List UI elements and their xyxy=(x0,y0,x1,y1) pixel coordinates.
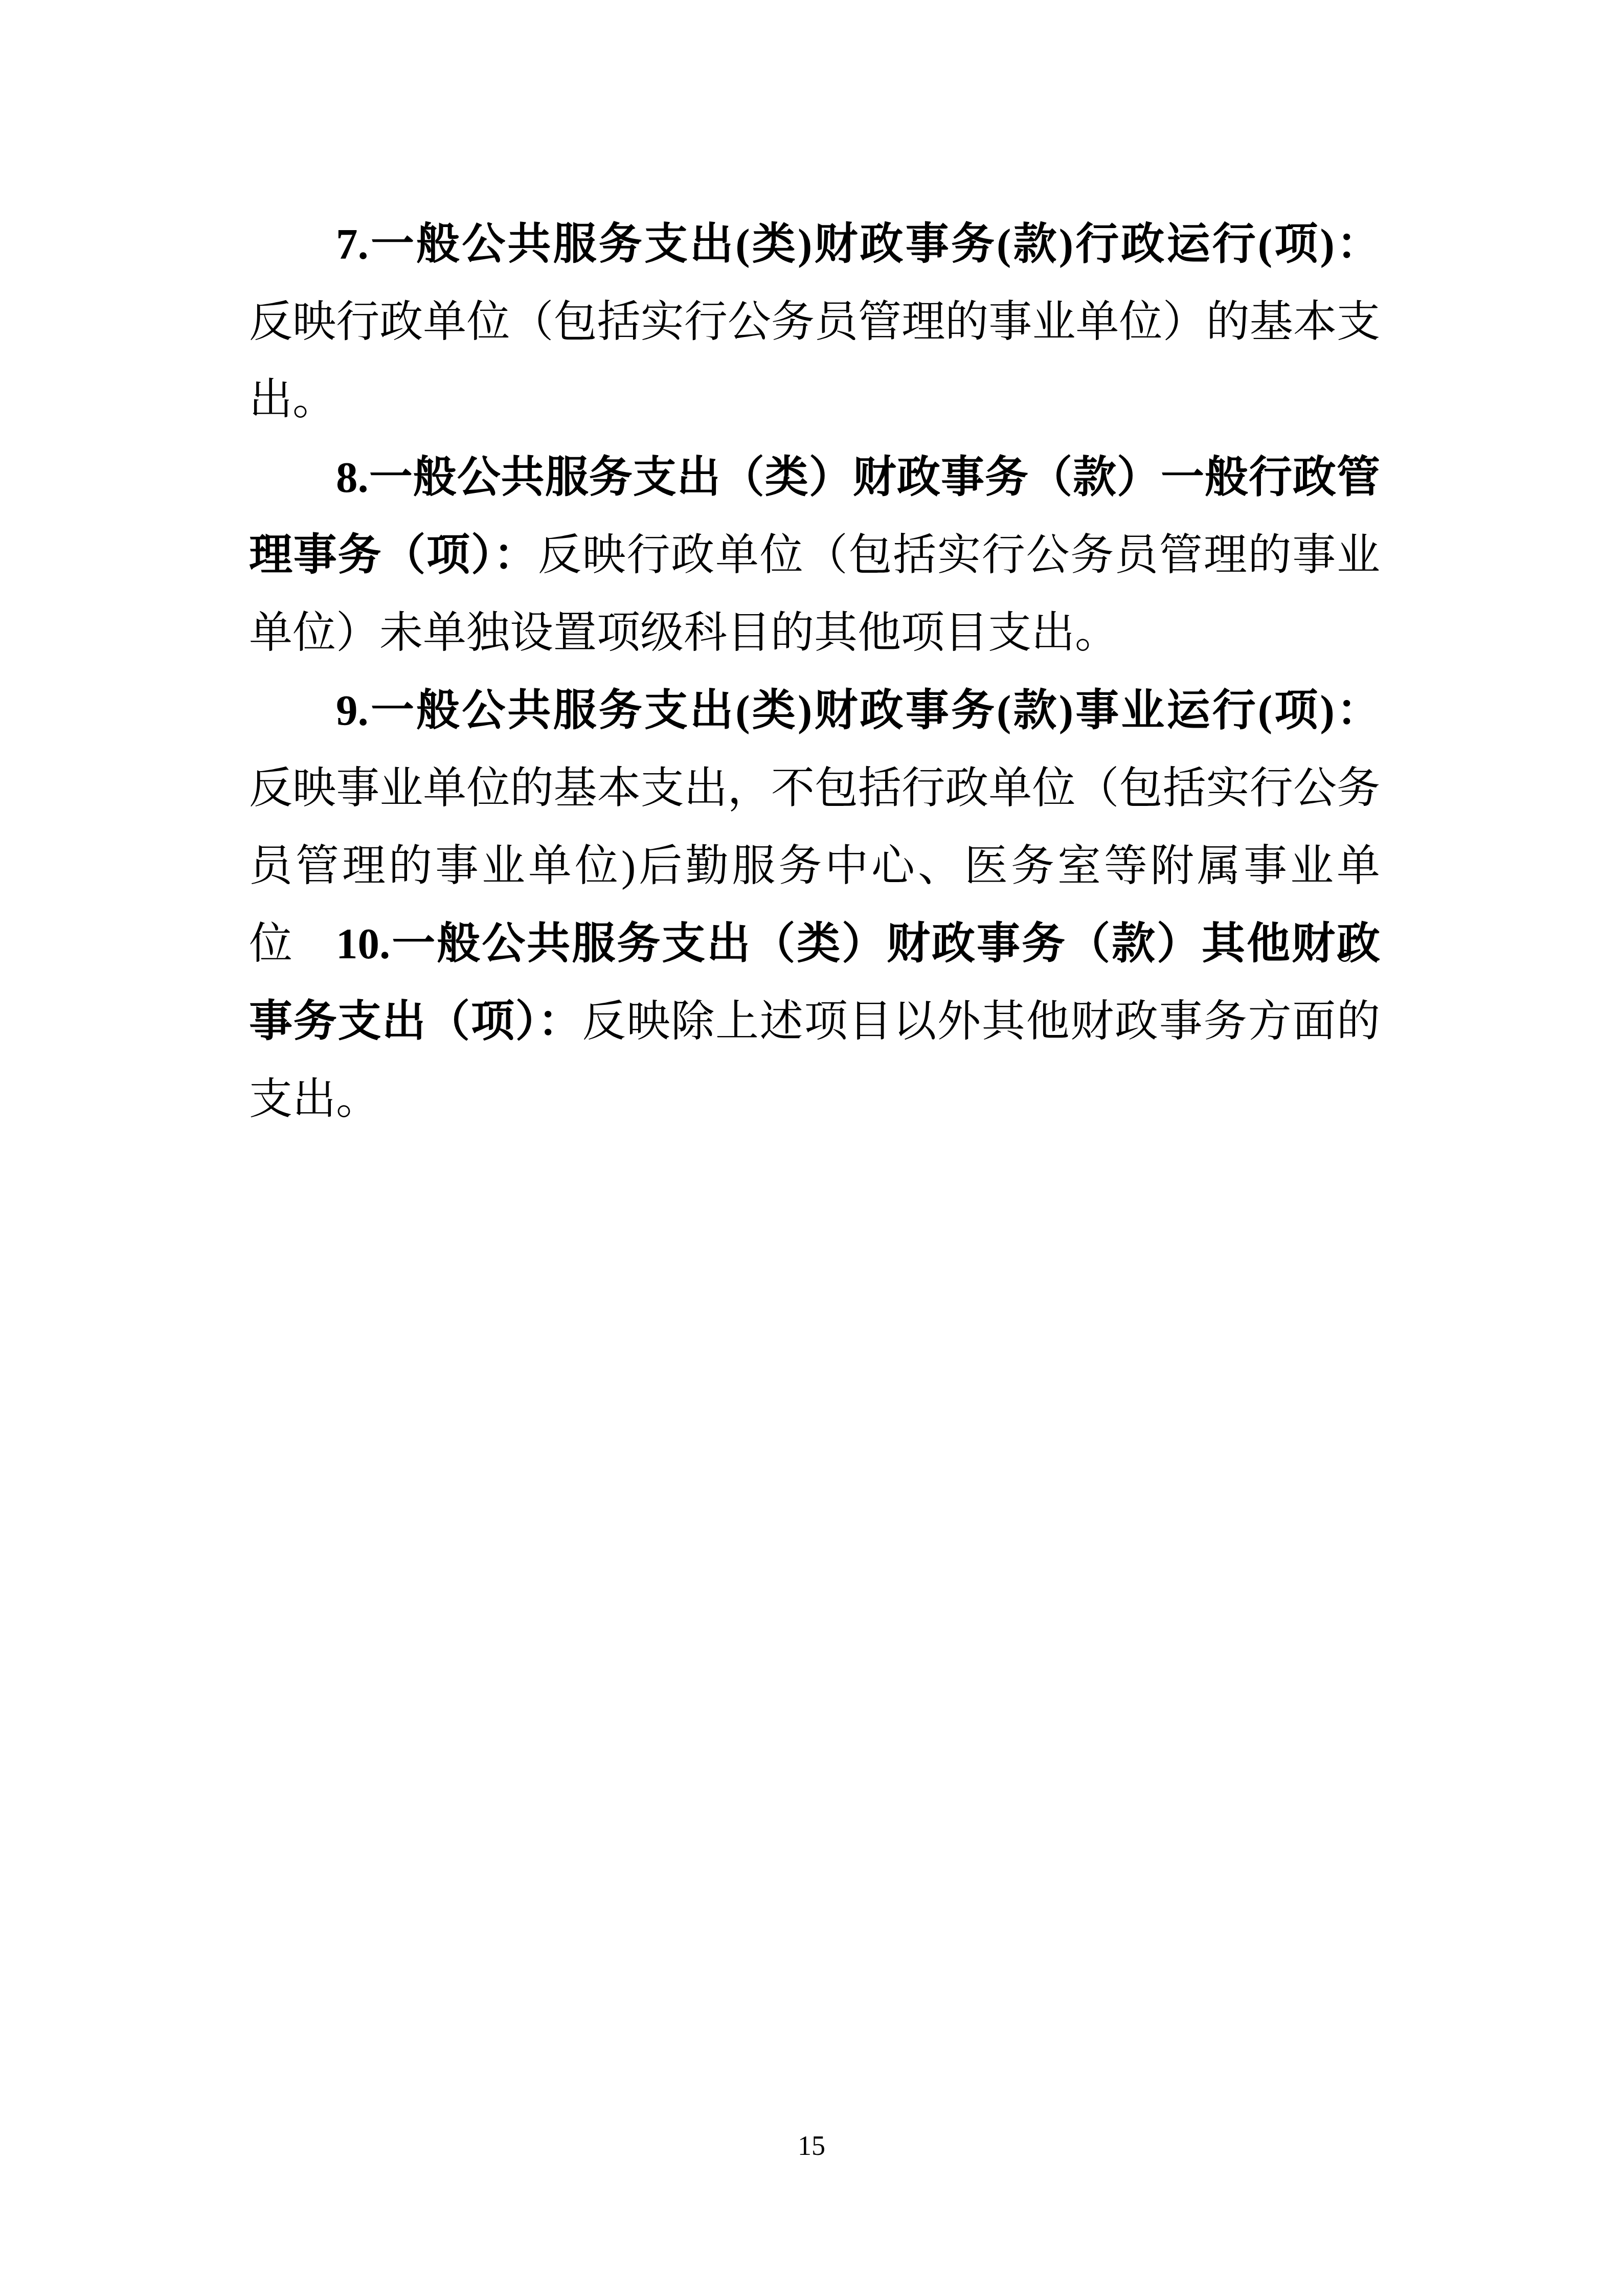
text-line: 事务支出（项）：反映除上述项目以外其他财政事务方面的 xyxy=(249,983,1380,1061)
text-line: 反映行政单位（包括实行公务员管理的事业单位）的基本支 xyxy=(249,283,1380,361)
text-line: 9.一般公共服务支出(类)财政事务(款)事业运行(项)： xyxy=(249,672,1380,750)
paragraph-7-body: 反映行政单位（包括实行公务员管理的事业单位）的基本支 xyxy=(249,298,1380,346)
paragraph-8-heading: 8.一般公共服务支出（类）财政事务（款）一般行政管 xyxy=(336,454,1380,502)
paragraph-8: 8.一般公共服务支出（类）财政事务（款）一般行政管 理事务（项）：反映行政单位（… xyxy=(249,439,1380,672)
document-page: 7.一般公共服务支出(类)财政事务(款)行政运行(项)： 反映行政单位（包括实行… xyxy=(0,0,1623,2296)
paragraph-10-body: 支出。 xyxy=(249,1075,379,1123)
paragraph-10: 10.一般公共服务支出（类）财政事务（款）其他财政 事务支出（项）：反映除上述项… xyxy=(249,905,1380,1138)
paragraph-9-heading: 9.一般公共服务支出(类)财政事务(款)事业运行(项)： xyxy=(336,687,1380,735)
paragraph-10-body: 反映除上述项目以外其他财政事务方面的 xyxy=(582,998,1380,1046)
text-line: 反映事业单位的基本支出，不包括行政单位（包括实行公务 xyxy=(249,750,1380,827)
body-text: 7.一般公共服务支出(类)财政事务(款)行政运行(项)： 反映行政单位（包括实行… xyxy=(249,206,1380,1138)
text-line: 8.一般公共服务支出（类）财政事务（款）一般行政管 xyxy=(249,439,1380,516)
text-line: 出。 xyxy=(249,361,1380,439)
paragraph-9: 9.一般公共服务支出(类)财政事务(款)事业运行(项)： 反映事业单位的基本支出… xyxy=(249,672,1380,905)
paragraph-7-body: 出。 xyxy=(249,376,336,424)
paragraph-10-heading: 事务支出（项）： xyxy=(249,998,582,1046)
text-line: 10.一般公共服务支出（类）财政事务（款）其他财政 xyxy=(249,905,1380,983)
page-number: 15 xyxy=(0,2130,1623,2161)
paragraph-8-heading: 理事务（项）： xyxy=(249,531,538,579)
text-line: 支出。 xyxy=(249,1061,1380,1138)
text-line: 单位）未单独设置项级科目的其他项目支出。 xyxy=(249,594,1380,672)
paragraph-10-heading: 10.一般公共服务支出（类）财政事务（款）其他财政 xyxy=(336,920,1380,968)
text-line: 7.一般公共服务支出(类)财政事务(款)行政运行(项)： xyxy=(249,206,1380,283)
paragraph-8-body: 单位）未单独设置项级科目的其他项目支出。 xyxy=(249,609,1118,657)
paragraph-7: 7.一般公共服务支出(类)财政事务(款)行政运行(项)： 反映行政单位（包括实行… xyxy=(249,206,1380,439)
text-line: 员管理的事业单位)后勤服务中心、医务室等附属事业单位。 xyxy=(249,827,1380,905)
text-line: 理事务（项）：反映行政单位（包括实行公务员管理的事业 xyxy=(249,516,1380,594)
paragraph-8-body: 反映行政单位（包括实行公务员管理的事业 xyxy=(538,531,1380,579)
paragraph-9-body: 反映事业单位的基本支出，不包括行政单位（包括实行公务 xyxy=(249,764,1380,813)
paragraph-7-heading: 7.一般公共服务支出(类)财政事务(款)行政运行(项)： xyxy=(336,220,1380,268)
